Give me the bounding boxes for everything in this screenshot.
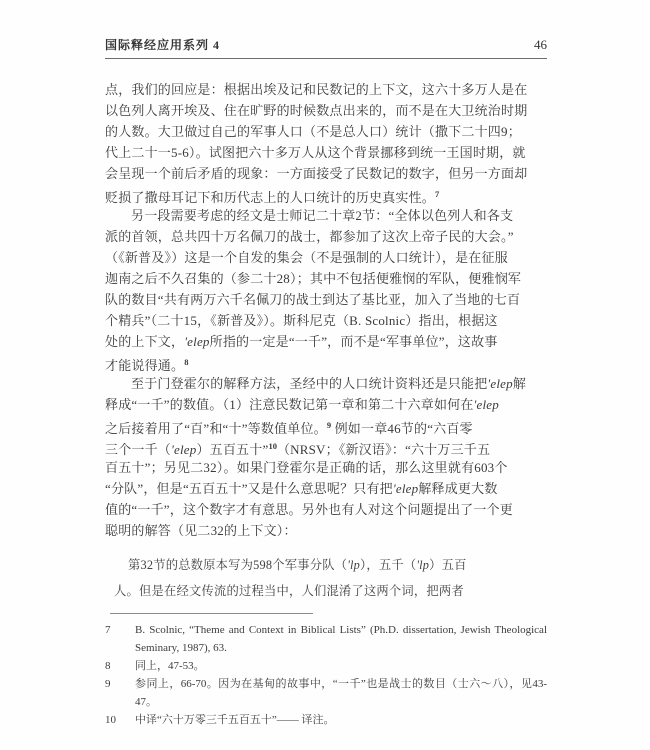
text-line: 以色列人离开埃及、住在旷野的时候数点出来的，而不是在大卫统治时期 [105, 100, 547, 121]
text-segment: 以色列人离开埃及、住在旷野的时候数点出来的，而不是在大卫统治时期 [105, 103, 527, 118]
body-paragraph: 点，我们的回应是：根据出埃及记和民数记的上下文，这六十多万人是在以色列人离开埃及… [105, 79, 547, 205]
text-line: 点，我们的回应是：根据出埃及记和民数记的上下文，这六十多万人是在 [105, 79, 547, 100]
page-body: 点，我们的回应是：根据出埃及记和民数记的上下文，这六十多万人是在以色列人离开埃及… [105, 79, 547, 604]
hebrew-term: 'elep [171, 442, 196, 457]
footnote-item: 8同上，47-53。 [105, 657, 547, 675]
text-line: 人。但是在经文传流的过程当中，人们混淆了这两个词，把两者 [114, 578, 547, 604]
page-number: 46 [534, 37, 547, 53]
text-segment: 聪明的解答（见二32的上下文）： [105, 523, 297, 538]
text-segment: （NRSV；《新汉语》：“六十万三千五 [277, 442, 490, 457]
text-segment: 派的首领，总共四十万名佩刀的战士，都参加了这次上帝子民的大会。” [105, 229, 514, 244]
text-line: 至于门登霍尔的解释方法，圣经中的人口统计资料还是只能把'elep解 [105, 373, 547, 394]
footnote-item: 7B. Scolnic, “Theme and Context in Bibli… [105, 621, 547, 657]
text-segment: 之后接着用了“百”和“十”等数值单位。 [105, 421, 327, 436]
footnote-ref: 10 [268, 441, 277, 451]
text-segment: 所指的一定是“一千”，而不是“军事单位”，这故事 [210, 334, 498, 349]
text-line: 才能说得通。8 [105, 352, 547, 373]
text-segment: 三个一千（ [105, 442, 171, 457]
text-segment: 另一段需要考虑的经文是士师记二十章2节：“全体以色列人和各支 [131, 208, 513, 223]
text-line: 会呈现一个前后矛盾的现象：一方面接受了民数记的数字，但另一方面却 [105, 163, 547, 184]
footnote-ref: 8 [184, 357, 188, 367]
footnote-text: 中译“六十万零三千五百五十”—— 译注。 [135, 711, 547, 729]
text-line: 派的首领，总共四十万名佩刀的战士，都参加了这次上帝子民的大会。” [105, 226, 547, 247]
footnote-text: B. Scolnic, “Theme and Context in Biblic… [135, 621, 547, 657]
text-segment: ），五千（ [360, 558, 416, 572]
text-line: “分队”，但是“五百五十”又是什么意思呢？只有把'elep解释成更大数 [105, 478, 547, 499]
text-segment: 会呈现一个前后矛盾的现象：一方面接受了民数记的数字，但另一方面却 [105, 166, 527, 181]
text-line: 代上二十一5-6）。试图把六十多万人从这个背景挪移到统一王国时期，就 [105, 142, 547, 163]
text-segment: 至于门登霍尔的解释方法，圣经中的人口统计资料还是只能把 [131, 376, 487, 391]
page-header: 国际释经应用系列 4 46 [105, 36, 547, 59]
text-segment: 个精兵”（二十15，《新普及》）。斯科尼克（B. Scolnic）指出，根据这 [105, 313, 498, 328]
text-line: 处的上下文，'elep所指的一定是“一千”，而不是“军事单位”，这故事 [105, 331, 547, 352]
footnote-item: 10中译“六十万零三千五百五十”—— 译注。 [105, 711, 547, 729]
text-segment: 代上二十一5-6）。试图把六十多万人从这个背景挪移到统一王国时期，就 [105, 145, 526, 160]
series-title: 国际释经应用系列 4 [105, 36, 220, 53]
text-line: 释成“一千”的数值。（1）注意民数记第一章和第二十六章如何在'elep [105, 394, 547, 415]
footnote-number: 8 [105, 657, 135, 675]
text-segment: ）五百五十” [196, 442, 268, 457]
hebrew-term: 'elep [487, 376, 512, 391]
footnote-number: 9 [105, 675, 135, 711]
text-segment: 百五十”；另见二32）。如果门登霍尔是正确的话，那么这里就有603个 [105, 460, 508, 475]
text-line: 百五十”；另见二32）。如果门登霍尔是正确的话，那么这里就有603个 [105, 457, 547, 478]
text-line: 贬损了撒母耳记下和历代志上的人口统计的历史真实性。7 [105, 184, 547, 205]
text-segment: 解 [513, 376, 526, 391]
text-segment: （《新普及》）这是一个自发的集会（不是强制的人口统计），是在征服 [105, 250, 508, 265]
footnote-item: 9参同上，66-70。因为在基甸的故事中，“一千”也是战士的数目（士六～八），见… [105, 675, 547, 711]
text-segment: 第32节的总数原本写为598个军事分队（ [128, 558, 347, 572]
text-segment: 的人数。大卫做过自己的军事人口（不是总人口）统计（撒下二十四9； [105, 124, 521, 139]
hebrew-term: 'lp [416, 558, 429, 572]
body-paragraph: 至于门登霍尔的解释方法，圣经中的人口统计资料还是只能把'elep解释成“一千”的… [105, 373, 547, 541]
text-line: 迦南之后不久召集的（参二十28）；其中不包括便雅悯的军队，便雅悯军 [105, 268, 547, 289]
text-line: 第32节的总数原本写为598个军事分队（'lp），五千（'lp）五百 [114, 552, 547, 578]
footnote-number: 10 [105, 711, 135, 729]
hebrew-term: 'elep [474, 397, 499, 412]
paragraphs: 点，我们的回应是：根据出埃及记和民数记的上下文，这六十多万人是在以色列人离开埃及… [105, 79, 547, 604]
text-line: 个精兵”（二十15，《新普及》）。斯科尼克（B. Scolnic）指出，根据这 [105, 310, 547, 331]
text-line: 之后接着用了“百”和“十”等数值单位。9 例如一章46节的“六百零 [105, 415, 547, 436]
text-segment: 才能说得通。 [105, 358, 184, 373]
text-line: （《新普及》）这是一个自发的集会（不是强制的人口统计），是在征服 [105, 247, 547, 268]
text-segment: 释成“一千”的数值。（1）注意民数记第一章和第二十六章如何在 [105, 397, 474, 412]
hebrew-term: 'lp [347, 558, 360, 572]
text-line: 聪明的解答（见二32的上下文）： [105, 520, 547, 541]
footnote-list: 7B. Scolnic, “Theme and Context in Bibli… [105, 621, 547, 729]
footnote-number: 7 [105, 621, 135, 657]
footnote-text: 同上，47-53。 [135, 657, 547, 675]
text-line: 队的数目“共有两万六千名佩刀的战士到达了基比亚，加入了当地的七百 [105, 289, 547, 310]
footnote-text: 参同上，66-70。因为在基甸的故事中，“一千”也是战士的数目（士六～八），见4… [135, 675, 547, 711]
text-line: 另一段需要考虑的经文是士师记二十章2节：“全体以色列人和各支 [105, 205, 547, 226]
text-line: 三个一千（'elep）五百五十”10（NRSV；《新汉语》：“六十万三千五 [105, 436, 547, 457]
text-segment: 队的数目“共有两万六千名佩刀的战士到达了基比亚，加入了当地的七百 [105, 292, 520, 307]
text-segment: 人。但是在经文传流的过程当中，人们混淆了这两个词，把两者 [114, 584, 464, 598]
text-segment: 例如一章46节的“六百零 [331, 421, 473, 436]
book-page: 国际释经应用系列 4 46 点，我们的回应是：根据出埃及记和民数记的上下文，这六… [0, 0, 650, 750]
text-segment: 处的上下文， [105, 334, 184, 349]
text-line: 值的“一千”，这个数字才有意思。另外也有人对这个问题提出了一个更 [105, 499, 547, 520]
text-segment: 点，我们的回应是：根据出埃及记和民数记的上下文，这六十多万人是在 [105, 82, 527, 97]
text-segment: 解释成更大数 [418, 481, 497, 496]
text-line: 的人数。大卫做过自己的军事人口（不是总人口）统计（撒下二十四9； [105, 121, 547, 142]
text-segment: 值的“一千”，这个数字才有意思。另外也有人对这个问题提出了一个更 [105, 502, 513, 517]
footnote-ref: 7 [435, 189, 439, 199]
footnotes-section: 7B. Scolnic, “Theme and Context in Bibli… [105, 613, 547, 729]
hebrew-term: 'elep [184, 334, 209, 349]
block-quote: 第32节的总数原本写为598个军事分队（'lp），五千（'lp）五百人。但是在经… [114, 552, 547, 604]
text-segment: 贬损了撒母耳记下和历代志上的人口统计的历史真实性。 [105, 190, 435, 205]
text-segment: ）五百 [429, 558, 467, 572]
text-segment: 迦南之后不久召集的（参二十28）；其中不包括便雅悯的军队，便雅悯军 [105, 271, 521, 286]
body-paragraph: 另一段需要考虑的经文是士师记二十章2节：“全体以色列人和各支派的首领，总共四十万… [105, 205, 547, 373]
text-segment: “分队”，但是“五百五十”又是什么意思呢？只有把 [105, 481, 393, 496]
hebrew-term: 'elep [393, 481, 418, 496]
footnote-separator [110, 613, 313, 614]
